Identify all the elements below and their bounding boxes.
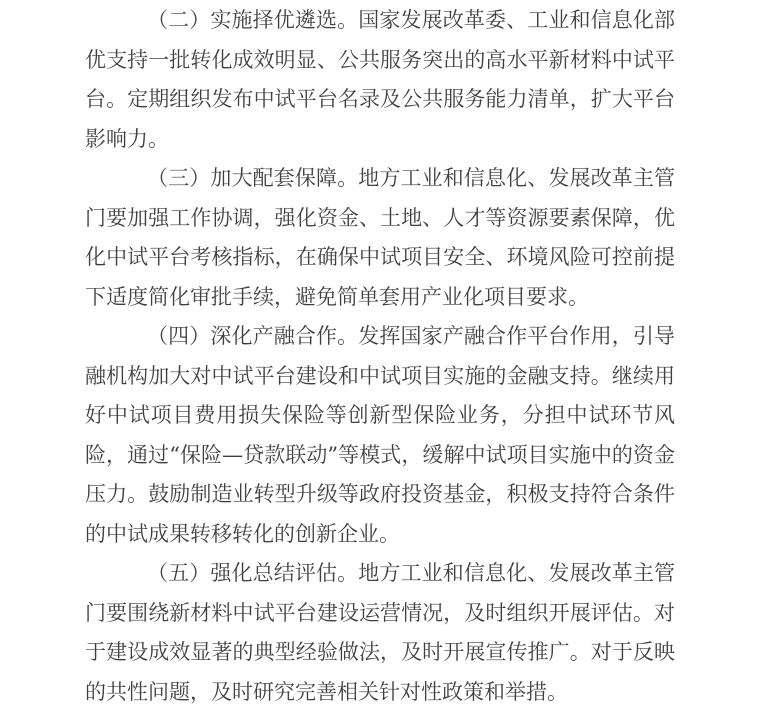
text-line: （三）加大配套保障。地方工业和信息化、发展改革主管部 — [85, 159, 675, 199]
text-line: 台。定期组织发布中试平台名录及公共服务能力清单，扩大平台 — [85, 80, 675, 120]
paragraph-item-3: （三）加大配套保障。地方工业和信息化、发展改革主管部 门要加强工作协调，强化资金… — [85, 159, 675, 317]
text-line: （二）实施择优遴选。国家发展改革委、工业和信息化部择 — [85, 1, 675, 41]
text-line: 下适度简化审批手续，避免简单套用产业化项目要求。 — [85, 278, 675, 318]
text-line: 影响力。 — [85, 120, 675, 160]
text-line: 的共性问题，及时研究完善相关针对性政策和举措。 — [85, 673, 675, 713]
paragraph-item-2: （二）实施择优遴选。国家发展改革委、工业和信息化部择 优支持一批转化成效明显、公… — [85, 1, 675, 159]
text-line: 门要围绕新材料中试平台建设运营情况，及时组织开展评估。对 — [85, 594, 675, 634]
text-line: 门要加强工作协调，强化资金、土地、人才等资源要素保障，优 — [85, 199, 675, 239]
text-line: 融机构加大对中试平台建设和中试项目实施的金融支持。继续用 — [85, 357, 675, 397]
text-line: 化中试平台考核指标，在确保中试项目安全、环境风险可控前提 — [85, 238, 675, 278]
text-line: （五）强化总结评估。地方工业和信息化、发展改革主管部 — [85, 554, 675, 594]
text-line: 优支持一批转化成效明显、公共服务突出的高水平新材料中试平 — [85, 41, 675, 81]
text-line: 的中试成果转移转化的创新企业。 — [85, 515, 675, 555]
text-line: （四）深化产融合作。发挥国家产融合作平台作用，引导金 — [85, 317, 675, 357]
text-line: 于建设成效显著的典型经验做法，及时开展宣传推广。对于反映 — [85, 633, 675, 673]
text-line: 险，通过“保险—贷款联动”等模式，缓解中试项目实施中的资金 — [85, 436, 675, 476]
text-line: 好中试项目费用损失保险等创新型保险业务，分担中试环节风 — [85, 396, 675, 436]
paragraph-item-5: （五）强化总结评估。地方工业和信息化、发展改革主管部 门要围绕新材料中试平台建设… — [85, 554, 675, 712]
text-line: 压力。鼓励制造业转型升级等政府投资基金，积极支持符合条件 — [85, 475, 675, 515]
document-page: （二）实施择优遴选。国家发展改革委、工业和信息化部择 优支持一批转化成效明显、公… — [0, 0, 760, 720]
paragraph-item-4: （四）深化产融合作。发挥国家产融合作平台作用，引导金 融机构加大对中试平台建设和… — [85, 317, 675, 554]
